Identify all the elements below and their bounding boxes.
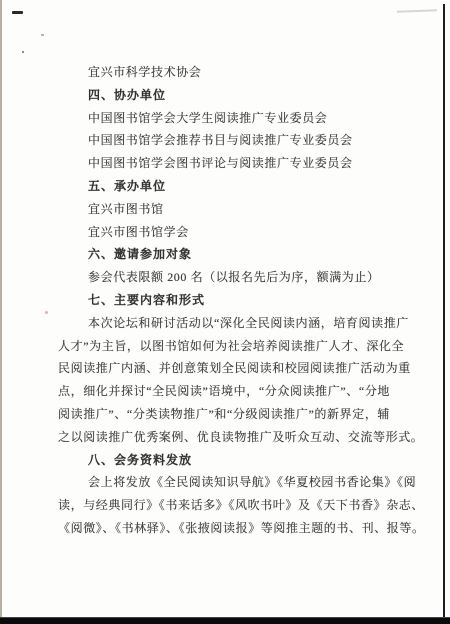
- doc-line-content-6: 之以阅读推广优秀案例、优良读物推广及听众互动、交流等形式。: [58, 426, 416, 449]
- doc-line-content-5: 阅读推广”、“分类读物推广”和“分级阅读推广”的新界定，辅: [58, 403, 416, 426]
- doc-line-host-2: 宜兴市图书馆学会: [58, 221, 416, 244]
- doc-heading-section-4: 四、协办单位: [58, 84, 416, 107]
- doc-line-materials-1: 会上将发放《全民阅读知识导航》《华夏校园书香论集》《阅: [58, 471, 416, 494]
- doc-line-content-4: 点，细化并探讨“全民阅读”语境中，“分众阅读推广”、“分地: [58, 380, 416, 403]
- doc-line-organizer: 宜兴市科学技术协会: [58, 61, 416, 84]
- doc-line-content-2: 人才”为主旨，以图书馆如何为社会培养阅读推广人才、深化全: [58, 335, 416, 358]
- doc-line-content-3: 民阅读推广内涵、并创意策划全民阅读和校园阅读推广活动为重: [58, 357, 416, 380]
- doc-line-coorganizer-1: 中国图书馆学会大学生阅读推广专业委员会: [58, 107, 416, 130]
- doc-line-coorganizer-2: 中国图书馆学会推荐书目与阅读推广专业委员会: [58, 129, 416, 152]
- scanned-document-page: 宜兴市科学技术协会 四、协办单位 中国图书馆学会大学生阅读推广专业委员会 中国图…: [0, 0, 450, 624]
- scan-speck: [45, 311, 48, 314]
- scan-speck: [41, 34, 44, 36]
- doc-line-materials-3: 《阅微》、《书林驿》、《张掖阅读报》等阅推主题的书、刊、报等。: [58, 517, 416, 540]
- doc-heading-section-7: 七、主要内容和形式: [58, 289, 416, 312]
- doc-line-coorganizer-3: 中国图书馆学会图书评论与阅读推广专业委员会: [58, 152, 416, 175]
- doc-line-host-1: 宜兴市图书馆: [58, 198, 416, 221]
- document-text-block: 宜兴市科学技术协会 四、协办单位 中国图书馆学会大学生阅读推广专业委员会 中国图…: [58, 61, 416, 540]
- page-edge-shadow-left: [0, 0, 2, 624]
- page-edge-shadow-right: [443, 4, 445, 624]
- scan-mark-smudge: [397, 9, 437, 12]
- doc-heading-section-8: 八、会务资料发放: [58, 449, 416, 472]
- doc-heading-section-5: 五、承办单位: [58, 175, 416, 198]
- doc-line-materials-2: 读，与经典同行》《书来话多》《风吹书叶》及《天下书香》杂志、: [58, 494, 416, 517]
- scan-speck: [22, 51, 24, 53]
- page-bottom-scan-bar: [0, 617, 450, 624]
- scan-mark-dash: [12, 11, 23, 14]
- doc-heading-section-6: 六、邀请参加对象: [58, 243, 416, 266]
- doc-line-content-1: 本次论坛和研讨活动以“深化全民阅读内涵，培育阅读推广: [58, 312, 416, 335]
- doc-line-participants: 参会代表限额 200 名（以报名先后为序，额满为止）: [58, 266, 416, 289]
